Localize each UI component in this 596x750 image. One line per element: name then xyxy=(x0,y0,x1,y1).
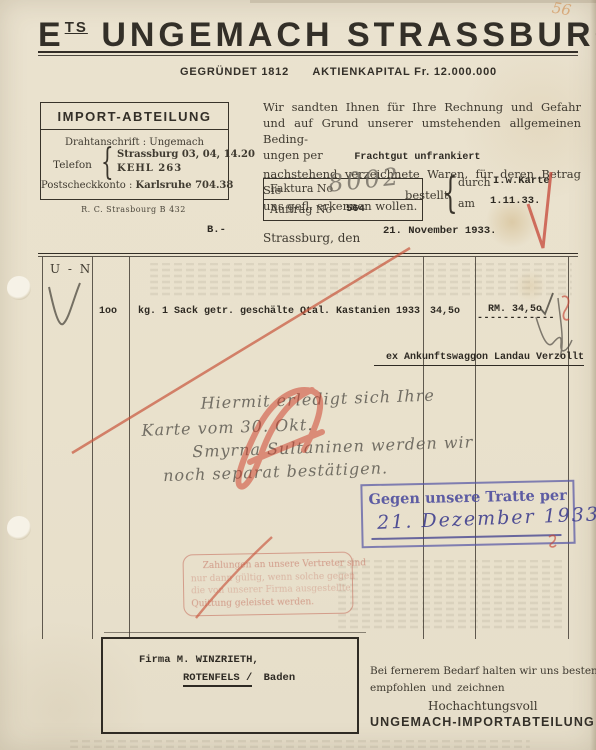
pencil-note-line4: noch separat bestätigen. xyxy=(163,458,389,485)
red-stamp-line4: Quittung geleistet werden. xyxy=(191,595,345,610)
intro-line2: und auf Grund unserer umstehenden allgem… xyxy=(263,115,581,147)
intro-line3-prefix: ungen per xyxy=(263,148,323,162)
contact-box-title: IMPORT-ABTEILUNG xyxy=(41,109,228,124)
phone-line2: KEHL 263 xyxy=(117,163,182,174)
auftrag-row: Auftrag No 564 xyxy=(264,200,422,220)
auftrag-label: Auftrag No xyxy=(270,203,332,216)
company-title-main: UNGEMACH STRASSBURG xyxy=(101,16,596,54)
tratte-date-handwritten: 21. Dezember 1933 xyxy=(377,503,596,534)
register-note: R. C. Strasbourg B 432 xyxy=(40,205,227,214)
auftrag-number: 564 xyxy=(346,203,365,215)
table-vline xyxy=(568,257,569,639)
wire-address: Drahtanschrift : Ungemach xyxy=(41,137,228,148)
closing-salutation: Hochachtungsvoll xyxy=(428,699,538,713)
postal-account: Postscheckkonto : Karlsruhe 704.38 xyxy=(41,180,228,191)
invoice-date: 21. November 1933. xyxy=(383,225,496,237)
bestellt-label: bestellt xyxy=(405,188,448,202)
pencil-note-line2: Karte vom 30. Okt. xyxy=(141,415,313,440)
giro-value: Karlsruhe 704.38 xyxy=(136,180,234,191)
phone-label: Telefon xyxy=(53,159,92,171)
faktura-label: Faktura No xyxy=(270,182,333,195)
scan-edge-top xyxy=(250,0,596,3)
intro-line3: ungen per Frachtgut unfrankiert xyxy=(263,147,581,166)
contact-box: IMPORT-ABTEILUNG Drahtanschrift : Ungema… xyxy=(40,102,229,200)
company-title-sup: TS xyxy=(65,19,88,36)
waggon-note-underline xyxy=(374,365,584,366)
bleed-through-text xyxy=(70,740,530,748)
recipient-city-line: ROTENFELS / Baden xyxy=(183,672,295,684)
closing-line2: empfohlen und zeichnen xyxy=(370,682,505,694)
scan-edge-shadow xyxy=(590,0,596,750)
giro-label: Postscheckkonto : xyxy=(41,180,132,191)
amount-dashes: ------------ xyxy=(477,313,555,324)
recipient-city: ROTENFELS / xyxy=(183,672,252,687)
place-label: Strassburg, den xyxy=(263,231,360,245)
tratte-date-underline xyxy=(371,534,561,539)
phone-brace: { xyxy=(101,145,114,181)
address-box-outer-line xyxy=(104,632,366,633)
am-value: 1.11.33. xyxy=(490,195,540,207)
table-vline xyxy=(129,257,130,639)
durch-value: I.w.Karte xyxy=(493,175,550,187)
company-title-e: E xyxy=(38,16,65,54)
recipient-name: Firma M. WINZRIETH, xyxy=(139,654,259,666)
title-rule xyxy=(38,51,578,56)
recipient-region: Baden xyxy=(264,672,296,684)
intro-line1: Wir sandten Ihnen für Ihre Rechnung und … xyxy=(263,99,581,115)
contact-box-divider xyxy=(41,129,228,130)
capital-label: AKTIENKAPITAL Fr. 12.000.000 xyxy=(312,66,497,78)
table-vline xyxy=(42,257,43,639)
pencil-note: Hiermit erledigt sich Ihre Karte vom 30.… xyxy=(138,384,481,496)
table-corner-label: U - N xyxy=(50,262,92,276)
founded-label: GEGRÜNDET 1812 xyxy=(180,66,289,78)
closing-line1: Bei fernerem Bedarf halten wir uns beste… xyxy=(370,665,596,677)
item-description: kg. 1 Sack getr. geschälte Qtal. Kastani… xyxy=(138,306,420,317)
phone-line1: Strassburg 03, 04, 14.20 xyxy=(117,149,255,160)
pencil-check-icon xyxy=(49,283,80,324)
department-signature: UNGEMACH-IMPORTABTEILUNG xyxy=(370,715,595,729)
item-unit-price: 34,5o xyxy=(430,306,460,317)
address-box: Firma M. WINZRIETH, ROTENFELS / Baden xyxy=(101,637,359,734)
wire-value: Ungemach xyxy=(149,137,204,148)
punch-hole-bottom xyxy=(7,516,31,540)
pencil-note-line1: Hiermit erledigt sich Ihre xyxy=(200,386,435,413)
bestellt-brace: { xyxy=(443,172,458,214)
tratte-stamp: Gegen unsere Tratte per 21. Dezember 193… xyxy=(360,480,575,548)
b-note: B.- xyxy=(207,224,226,236)
letterhead-subline: GEGRÜNDET 1812 AKTIENKAPITAL Fr. 12.000.… xyxy=(180,66,497,78)
item-quantity: 1oo xyxy=(99,306,117,317)
waggon-note: ex Ankunftswaggon Landau Verzollt xyxy=(386,352,584,363)
bleed-through-text xyxy=(150,263,572,299)
table-top-rule xyxy=(38,253,578,257)
bleed-through-text xyxy=(338,560,566,632)
invoice-page: 56 ETS UNGEMACH STRASSBURG GEGRÜNDET 181… xyxy=(0,0,596,750)
durch-label: durch xyxy=(458,176,491,189)
shipping-mode: Frachtgut unfrankiert xyxy=(354,152,480,163)
table-vline xyxy=(92,257,93,639)
punch-hole-top xyxy=(7,276,31,300)
am-label: am xyxy=(458,197,475,210)
agent-payment-stamp: Zahlungen an unsere Vertreter sind nur d… xyxy=(182,552,353,617)
company-title: ETS UNGEMACH STRASSBURG xyxy=(38,16,596,55)
